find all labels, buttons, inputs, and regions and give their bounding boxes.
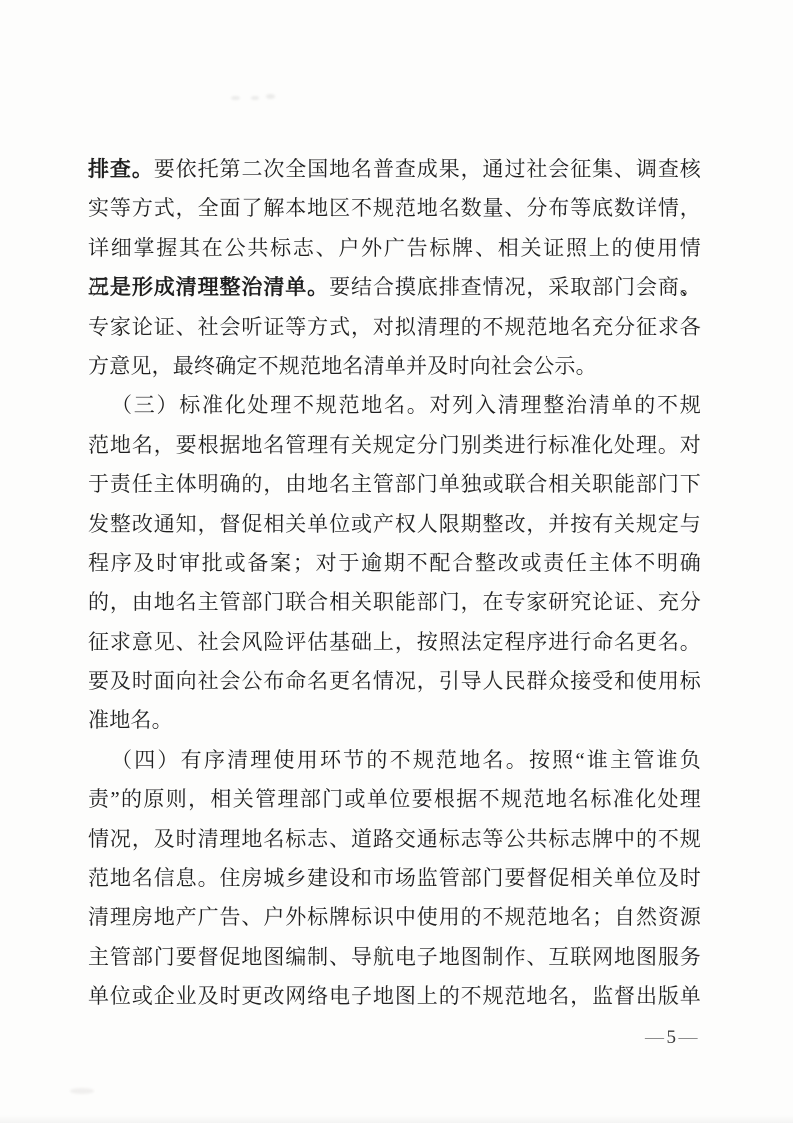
body-line: 排查。要依托第二次全国地名普查成果，通过社会征集、调查核 [88,150,701,189]
body-line: 责”的原则，相关管理部门或单位要根据不规范地名标准化处理 [88,780,701,819]
bold-run: 三是形成清理整治清单。 [88,275,329,299]
line-text: 方意见，最终确定不规范地名清单并及时向社会公示。 [88,354,597,378]
body-line: 于责任主体明确的，由地名主管部门单独或联合相关职能部门下 [88,465,701,504]
bold-run: 排查。 [88,157,154,181]
scan-artifact [266,94,275,99]
body-line: 单位或企业及时更改网络电子地图上的不规范地名，监督出版单 [88,977,701,1016]
body-line: 清理房地产广告、户外标牌标识中使用的不规范地名；自然资源 [88,898,701,937]
body-line: 范地名，要根据地名管理有关规定分门别类进行标准化处理。对 [88,426,701,465]
document-page: 排查。要依托第二次全国地名普查成果，通过社会征集、调查核 实等方式，全面了解本地… [0,0,793,1123]
line-text: 要结合摸底排查情况，采取部门会商、 [329,275,701,299]
body-line: 要及时面向社会公布命名更名情况，引导人民群众接受和使用标 [88,662,701,701]
line-text: 要依托第二次全国地名普查成果，通过社会征集、调查核 [154,157,701,181]
body-line: 详细掌握其在公共标志、户外广告标牌、相关证照上的使用情况。 [88,229,701,268]
body-line: 征求意见、社会风险评估基础上，按照法定程序进行命名更名。 [88,623,701,662]
line-text: 清理房地产广告、户外标牌标识中使用的不规范地名；自然资源 [88,905,701,929]
line-text: 征求意见、社会风险评估基础上，按照法定程序进行命名更名。 [88,630,701,654]
body-line: 的，由地名主管部门联合相关职能部门，在专家研究论证、充分 [88,583,701,622]
line-text: 实等方式，全面了解本地区不规范地名数量、分布等底数详情， [88,196,701,220]
line-text: 要及时面向社会公布命名更名情况，引导人民群众接受和使用标 [88,669,701,693]
line-text: 单位或企业及时更改网络电子地图上的不规范地名，监督出版单 [88,984,701,1008]
scan-bottom-edge [0,1115,793,1123]
line-text: 范地名信息。住房城乡建设和市场监管部门要督促相关单位及时 [88,866,701,890]
body-line: 情况，及时清理地名标志、道路交通标志等公共标志牌中的不规 [88,820,701,859]
page-number-dash: — [645,1027,665,1048]
body-line: 程序及时审批或备案；对于逾期不配合整改或责任主体不明确 [88,544,701,583]
section-heading-run: （三）标准化处理不规范地名。 [111,393,430,417]
body-line: （三）标准化处理不规范地名。对列入清理整治清单的不规 [88,386,701,425]
body-line: 准地名。 [88,701,701,740]
line-text: 发整改通知，督促相关单位或产权人限期整改，并按有关规定与 [88,512,701,536]
line-text: 责”的原则，相关管理部门或单位要根据不规范地名标准化处理 [88,787,701,811]
page-number: —5— [645,1026,698,1050]
line-text: 准地名。 [88,708,173,732]
line-text: 情况，及时清理地名标志、道路交通标志等公共标志牌中的不规 [88,827,701,851]
body-line: 专家论证、社会听证等方式，对拟清理的不规范地名充分征求各 [88,308,701,347]
scan-artifact [251,96,259,100]
line-text: 对列入清理整治清单的不规 [430,393,701,417]
body-line: 范地名信息。住房城乡建设和市场监管部门要督促相关单位及时 [88,859,701,898]
line-text: 专家论证、社会听证等方式，对拟清理的不规范地名充分征求各 [88,315,701,339]
body-line: 三是形成清理整治清单。要结合摸底排查情况，采取部门会商、 [88,268,701,307]
body-line: 主管部门要督促地图编制、导航电子地图制作、互联网地图服务 [88,938,701,977]
line-text: 主管部门要督促地图编制、导航电子地图制作、互联网地图服务 [88,945,701,969]
document-body: 排查。要依托第二次全国地名普查成果，通过社会征集、调查核 实等方式，全面了解本地… [88,150,701,1017]
scan-artifact [70,1088,94,1094]
page-number-dash: — [679,1027,699,1048]
section-heading-run: （四）有序清理使用环节的不规范地名。 [111,748,529,772]
line-text: 的，由地名主管部门联合相关职能部门，在专家研究论证、充分 [88,590,701,614]
body-line: 发整改通知，督促相关单位或产权人限期整改，并按有关规定与 [88,505,701,544]
body-line: 实等方式，全面了解本地区不规范地名数量、分布等底数详情， [88,189,701,228]
line-text: 按照“谁主管谁负 [529,748,701,772]
line-text: 程序及时审批或备案；对于逾期不配合整改或责任主体不明确 [88,551,701,575]
body-line: 方意见，最终确定不规范地名清单并及时向社会公示。 [88,347,701,386]
scan-artifact [231,96,240,100]
body-line: （四）有序清理使用环节的不规范地名。按照“谁主管谁负 [88,741,701,780]
page-number-value: 5 [665,1027,679,1048]
line-text: 范地名，要根据地名管理有关规定分门别类进行标准化处理。对 [88,433,701,457]
line-text: 于责任主体明确的，由地名主管部门单独或联合相关职能部门下 [88,472,701,496]
